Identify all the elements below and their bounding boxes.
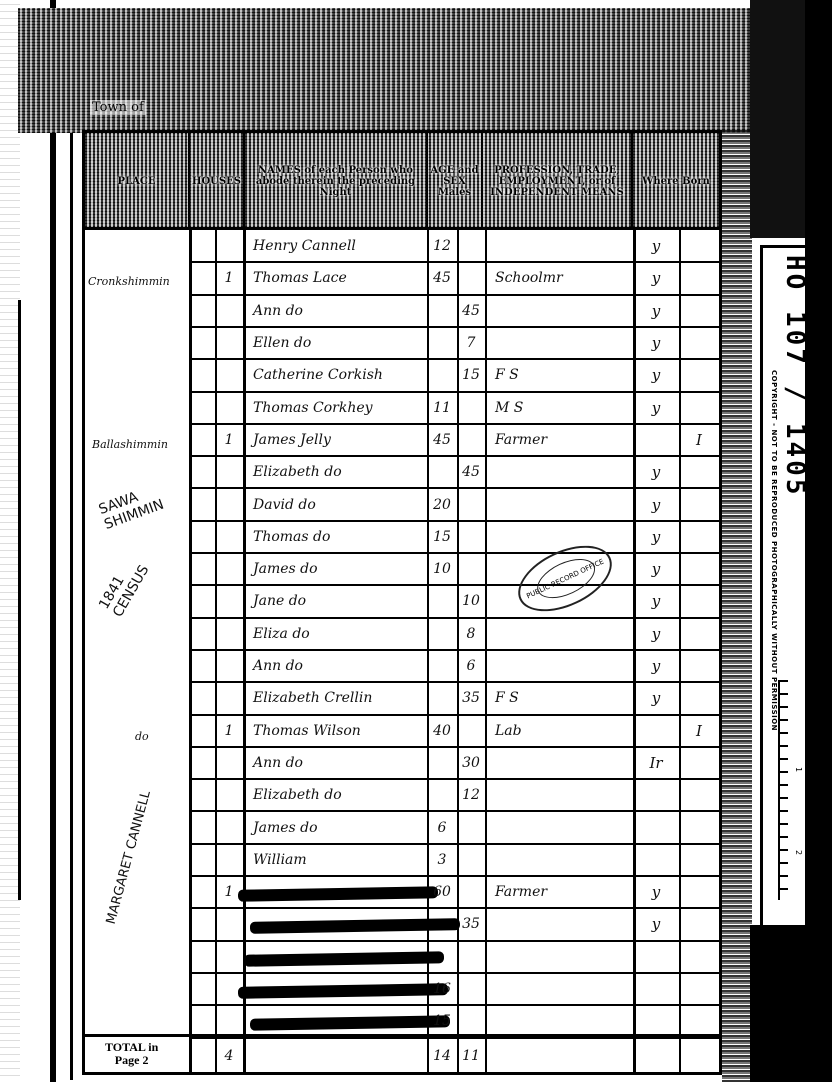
- page-header-area: Town of: [18, 8, 758, 133]
- person-name: Ann do: [253, 295, 423, 327]
- column-header-names: NAMES of each Person who abode therein t…: [245, 133, 428, 230]
- born-elsewhere: [679, 521, 719, 553]
- age-male: 10: [427, 553, 457, 585]
- column-header-occupation: PROFESSION, TRADE, EMPLOYMENT, or of IND…: [483, 133, 633, 230]
- born-in-county: y: [633, 456, 679, 488]
- house-count: [215, 456, 243, 488]
- born-in-county: y: [633, 327, 679, 359]
- age-male: [427, 359, 457, 391]
- born-elsewhere: [679, 908, 719, 940]
- occupation: [495, 747, 630, 779]
- person-name: Ann do: [253, 747, 423, 779]
- born-in-county: y: [633, 618, 679, 650]
- age-male: [427, 327, 457, 359]
- column-header-age-sex: AGE and SEX Males: [428, 133, 483, 230]
- born-in-county: y: [633, 230, 679, 262]
- column-header-place: PLACE: [85, 133, 190, 230]
- age-male: [427, 456, 457, 488]
- age-male: [427, 618, 457, 650]
- house-count: [215, 1005, 243, 1037]
- born-elsewhere: [679, 747, 719, 779]
- occupation: [495, 1005, 630, 1037]
- house-count: [215, 779, 243, 811]
- occupation: [495, 779, 630, 811]
- born-in-county: [633, 424, 679, 456]
- house-count: [215, 230, 243, 262]
- born-in-county: y: [633, 488, 679, 520]
- total-females: 11: [457, 1041, 485, 1071]
- born-elsewhere: [679, 973, 719, 1005]
- occupation: [495, 844, 630, 876]
- age-male: 3: [427, 844, 457, 876]
- person-name: Ann do: [253, 650, 423, 682]
- age-female: 35: [457, 908, 485, 940]
- column-divider: [485, 230, 487, 1072]
- house-count: [215, 941, 243, 973]
- born-elsewhere: I: [679, 715, 719, 747]
- age-female: [457, 488, 485, 520]
- age-female: 10: [457, 585, 485, 617]
- occupation: Farmer: [495, 876, 630, 908]
- age-female: 12: [457, 779, 485, 811]
- born-elsewhere: [679, 811, 719, 843]
- house-count: [215, 747, 243, 779]
- born-elsewhere: [679, 844, 719, 876]
- left-page-edge: [0, 0, 20, 1082]
- born-elsewhere: [679, 1005, 719, 1037]
- house-count: [215, 327, 243, 359]
- house-count: [215, 618, 243, 650]
- house-count: [215, 392, 243, 424]
- house-count: [215, 553, 243, 585]
- total-males: 14: [427, 1041, 457, 1071]
- redacted-name: [250, 1015, 450, 1030]
- house-count: [215, 650, 243, 682]
- age-male: 20: [427, 488, 457, 520]
- occupation: F S: [495, 359, 630, 391]
- redacted-name: [238, 983, 448, 999]
- scan-border: [750, 925, 832, 1082]
- totals-label-line2: Page 2: [105, 1054, 158, 1067]
- age-female: 15: [457, 359, 485, 391]
- binding-shadow: [70, 40, 73, 1080]
- age-female: [457, 715, 485, 747]
- born-in-county: y: [633, 521, 679, 553]
- house-count: [215, 811, 243, 843]
- occupation: [495, 230, 630, 262]
- total-houses: 4: [215, 1041, 243, 1071]
- occupation: [495, 811, 630, 843]
- house-count: [215, 521, 243, 553]
- occupation: [495, 521, 630, 553]
- born-in-county: [633, 1005, 679, 1037]
- person-name: Eliza do: [253, 618, 423, 650]
- age-male: 40: [427, 715, 457, 747]
- age-male: 6: [427, 811, 457, 843]
- person-name: Ellen do: [253, 327, 423, 359]
- occupation: [495, 456, 630, 488]
- occupation: Schoolmr: [495, 262, 630, 294]
- born-elsewhere: [679, 488, 719, 520]
- age-male: 12: [427, 230, 457, 262]
- redacted-name: [238, 886, 438, 901]
- age-male: 16: [427, 973, 457, 1005]
- occupation: Lab: [495, 715, 630, 747]
- page-edge-shadow: [722, 130, 752, 1082]
- house-count: [215, 585, 243, 617]
- house-count: [215, 844, 243, 876]
- margin-place-do: do: [135, 730, 149, 743]
- age-male: 15: [427, 521, 457, 553]
- born-in-county: y: [633, 585, 679, 617]
- person-name: Jane do: [253, 585, 423, 617]
- age-female: [457, 941, 485, 973]
- born-in-county: [633, 844, 679, 876]
- age-female: [457, 424, 485, 456]
- person-name: William: [253, 844, 423, 876]
- born-elsewhere: [679, 876, 719, 908]
- house-count: [215, 359, 243, 391]
- ruler-mark-2: 2: [794, 850, 803, 855]
- born-elsewhere: [679, 585, 719, 617]
- house-count: 1: [215, 424, 243, 456]
- house-count: 1: [215, 262, 243, 294]
- age-male: [427, 779, 457, 811]
- column-header-where-born: Where Born: [633, 133, 719, 230]
- born-in-county: [633, 715, 679, 747]
- born-in-county: y: [633, 262, 679, 294]
- house-count: [215, 488, 243, 520]
- person-name: David do: [253, 488, 423, 520]
- age-female: [457, 844, 485, 876]
- occupation: [495, 327, 630, 359]
- occupation: [495, 618, 630, 650]
- born-in-county: Ir: [633, 747, 679, 779]
- occupation: [495, 650, 630, 682]
- age-female: [457, 262, 485, 294]
- house-count: [215, 682, 243, 714]
- born-in-county: [633, 779, 679, 811]
- person-name: Thomas do: [253, 521, 423, 553]
- born-elsewhere: [679, 327, 719, 359]
- age-female: [457, 876, 485, 908]
- born-in-county: y: [633, 553, 679, 585]
- age-male: [427, 585, 457, 617]
- age-female: 7: [457, 327, 485, 359]
- house-count: [215, 295, 243, 327]
- born-in-county: y: [633, 295, 679, 327]
- stamp-text: PUBLIC RECORD OFFICE: [525, 557, 605, 600]
- born-elsewhere: I: [679, 424, 719, 456]
- redacted-name: [244, 951, 444, 966]
- age-male: [427, 650, 457, 682]
- born-elsewhere: [679, 295, 719, 327]
- binding-shadow: [18, 300, 21, 900]
- born-in-county: [633, 811, 679, 843]
- person-name: Catherine Corkish: [253, 359, 423, 391]
- born-elsewhere: [679, 230, 719, 262]
- age-male: [427, 908, 457, 940]
- margin-place-ballashimmin: Ballashimmin: [92, 438, 168, 451]
- person-name: Henry Cannell: [253, 230, 423, 262]
- born-elsewhere: [679, 392, 719, 424]
- age-female: 35: [457, 682, 485, 714]
- age-male: [427, 682, 457, 714]
- occupation: [495, 488, 630, 520]
- age-female: [457, 811, 485, 843]
- age-female: 6: [457, 650, 485, 682]
- born-in-county: [633, 941, 679, 973]
- born-elsewhere: [679, 650, 719, 682]
- occupation: M S: [495, 392, 630, 424]
- column-divider: [243, 230, 246, 1072]
- house-count: 1: [215, 715, 243, 747]
- person-name: Elizabeth do: [253, 779, 423, 811]
- margin-place-cronkshimmin: Cronkshimmin: [88, 275, 170, 288]
- age-male: 45: [427, 424, 457, 456]
- age-male: [427, 941, 457, 973]
- age-female: [457, 973, 485, 1005]
- totals-row: TOTAL in Page 2 4 14 11: [85, 1034, 719, 1072]
- totals-label: TOTAL in Page 2: [105, 1041, 158, 1067]
- age-female: [457, 521, 485, 553]
- scale-ruler: [778, 680, 798, 900]
- born-elsewhere: [679, 456, 719, 488]
- born-in-county: y: [633, 908, 679, 940]
- age-female: [457, 230, 485, 262]
- census-table: PLACE HOUSES NAMES of each Person who ab…: [82, 130, 722, 1075]
- occupation: [495, 941, 630, 973]
- age-male: [427, 295, 457, 327]
- born-in-county: y: [633, 650, 679, 682]
- copyright-notice: COPYRIGHT - NOT TO BE REPRODUCED PHOTOGR…: [764, 370, 778, 760]
- age-female: [457, 553, 485, 585]
- age-female: 45: [457, 456, 485, 488]
- born-elsewhere: [679, 779, 719, 811]
- age-female: 45: [457, 295, 485, 327]
- age-female: 30: [457, 747, 485, 779]
- person-name: Elizabeth Crellin: [253, 682, 423, 714]
- born-elsewhere: [679, 359, 719, 391]
- born-elsewhere: [679, 618, 719, 650]
- age-male: 15: [427, 1005, 457, 1037]
- born-elsewhere: [679, 553, 719, 585]
- table-header: PLACE HOUSES NAMES of each Person who ab…: [85, 133, 719, 230]
- occupation: Farmer: [495, 424, 630, 456]
- occupation: F S: [495, 682, 630, 714]
- born-in-county: y: [633, 392, 679, 424]
- town-label: Town of: [90, 100, 146, 115]
- born-in-county: [633, 973, 679, 1005]
- age-female: [457, 1005, 485, 1037]
- age-male: 45: [427, 262, 457, 294]
- born-in-county: y: [633, 359, 679, 391]
- person-name: Thomas Corkhey: [253, 392, 423, 424]
- age-male: 11: [427, 392, 457, 424]
- house-count: [215, 908, 243, 940]
- occupation: [495, 973, 630, 1005]
- born-in-county: y: [633, 682, 679, 714]
- census-page-scan: Town of PLACE HOUSES NAMES of each Perso…: [0, 0, 832, 1082]
- binding-shadow: [50, 0, 56, 1082]
- age-male: [427, 747, 457, 779]
- born-elsewhere: [679, 682, 719, 714]
- occupation: [495, 295, 630, 327]
- person-name: Elizabeth do: [253, 456, 423, 488]
- age-male: 60: [427, 876, 457, 908]
- age-female: [457, 392, 485, 424]
- person-name: Thomas Lace: [253, 262, 423, 294]
- person-name: James do: [253, 553, 423, 585]
- person-name: James do: [253, 811, 423, 843]
- born-in-county: y: [633, 876, 679, 908]
- column-header-houses: HOUSES: [190, 133, 245, 230]
- age-female: 8: [457, 618, 485, 650]
- person-name: Thomas Wilson: [253, 715, 423, 747]
- person-name: James Jelly: [253, 424, 423, 456]
- ruler-mark-1: 1: [794, 767, 803, 772]
- occupation: [495, 908, 630, 940]
- born-elsewhere: [679, 941, 719, 973]
- column-divider: [189, 230, 192, 1072]
- born-elsewhere: [679, 262, 719, 294]
